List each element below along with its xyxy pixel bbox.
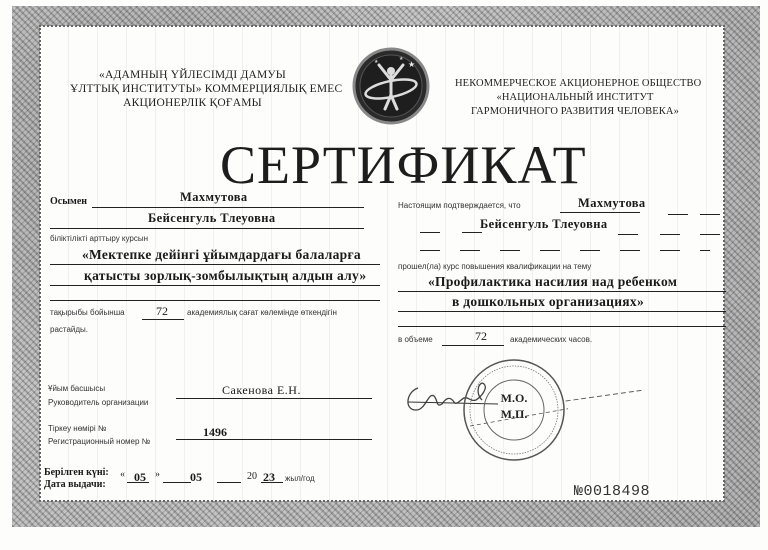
label-name-kz: Осымен xyxy=(50,196,87,207)
reg-number: 1496 xyxy=(203,425,227,440)
official-stamp-icon: М.О. М.П. xyxy=(460,356,568,464)
date-year-prefix: 20 xyxy=(247,471,257,482)
course-kz-line1: «Мектепке дейінгі ұйымдардағы балаларға xyxy=(82,247,361,263)
reg-label-kz: Тіркеу нөмірі № xyxy=(48,424,106,433)
svg-text:М.П.: М.П. xyxy=(501,407,528,421)
issuer-kz-line: ҰЛТТЫҚ ИНСТИТУТЫ» КОММЕРЦИЯЛЫҚ ЕМЕС xyxy=(70,82,315,96)
label-course-kz: біліктілікті арттыру курсын xyxy=(50,234,148,243)
label-course-ru: прошел(ла) курс повышения квалификации н… xyxy=(398,262,591,271)
svg-text:★: ★ xyxy=(408,60,415,69)
label-hours-pre-ru: в объеме xyxy=(398,335,433,344)
label-hours-post-ru: академических часов. xyxy=(510,335,592,344)
serial-number: №0018498 xyxy=(574,483,650,500)
label-hours-pre-kz: тақырыбы бойынша xyxy=(50,308,125,317)
surname-kz: Махмутова xyxy=(180,190,248,205)
label-name-ru: Настоящим подтверждается, что xyxy=(398,201,521,210)
date-year-suffix: 23 xyxy=(263,470,275,485)
svg-text:★: ★ xyxy=(399,56,404,62)
head-label-kz: Ұйым басшысы xyxy=(48,384,105,393)
given-names-kz: Бейсенгуль Тлеуовна xyxy=(148,211,275,226)
issuer-ru-line: НЕКОММЕРЧЕСКОЕ АКЦИОНЕРНОЕ ОБЩЕСТВО xyxy=(455,77,695,91)
course-kz-line2: қатысты зорлық-зомбылықтың алдын алу» xyxy=(84,268,366,284)
date-day: 05 xyxy=(134,470,146,485)
hours-kz: 72 xyxy=(156,304,168,319)
hours-ru: 72 xyxy=(475,329,487,344)
date-label-ru: Дата выдачи: xyxy=(44,479,106,490)
issuer-kz: «АДАМНЫҢ ҮЙЛЕСІМДІ ДАМУЫ ҰЛТТЫҚ ИНСТИТУТ… xyxy=(70,68,315,110)
date-year-label: жыл/год xyxy=(285,474,315,483)
institute-emblem-icon: ★ ★ ★ xyxy=(352,47,430,125)
surname-ru: Махмутова xyxy=(578,196,646,211)
label-confirm-kz: растайды. xyxy=(50,325,88,334)
issuer-ru-line: «НАЦИОНАЛЬНЫЙ ИНСТИТУТ xyxy=(455,91,695,105)
course-ru-line1: «Профилактика насилия над ребенком xyxy=(428,274,677,290)
certificate-page: «АДАМНЫҢ ҮЙЛЕСІМДІ ДАМУЫ ҰЛТТЫҚ ИНСТИТУТ… xyxy=(0,0,768,550)
course-ru-line2: в дошкольных организациях» xyxy=(452,294,644,310)
issuer-ru-line: ГАРМОНИЧНОГО РАЗВИТИЯ ЧЕЛОВЕКА» xyxy=(455,105,695,119)
head-name: Сакенова Е.Н. xyxy=(222,383,301,398)
date-label-kz: Берілген күні: xyxy=(44,467,109,478)
svg-text:★: ★ xyxy=(374,59,379,65)
issuer-kz-line: «АДАМНЫҢ ҮЙЛЕСІМДІ ДАМУЫ xyxy=(70,68,315,82)
date-month: 05 xyxy=(190,470,202,485)
svg-text:М.О.: М.О. xyxy=(501,391,528,405)
issuer-ru: НЕКОММЕРЧЕСКОЕ АКЦИОНЕРНОЕ ОБЩЕСТВО «НАЦ… xyxy=(455,77,695,119)
head-label-ru: Руководитель организации xyxy=(48,398,148,407)
label-hours-post-kz: академиялық сағат көлемінде өткендігін xyxy=(187,308,337,317)
issuer-kz-line: АКЦИОНЕРЛІК ҚОҒАМЫ xyxy=(70,96,315,110)
given-names-ru: Бейсенгуль Тлеуовна xyxy=(480,217,607,232)
certificate-title: СЕРТИФИКАТ xyxy=(220,134,587,196)
reg-label-ru: Регистрационный номер № xyxy=(48,437,150,446)
